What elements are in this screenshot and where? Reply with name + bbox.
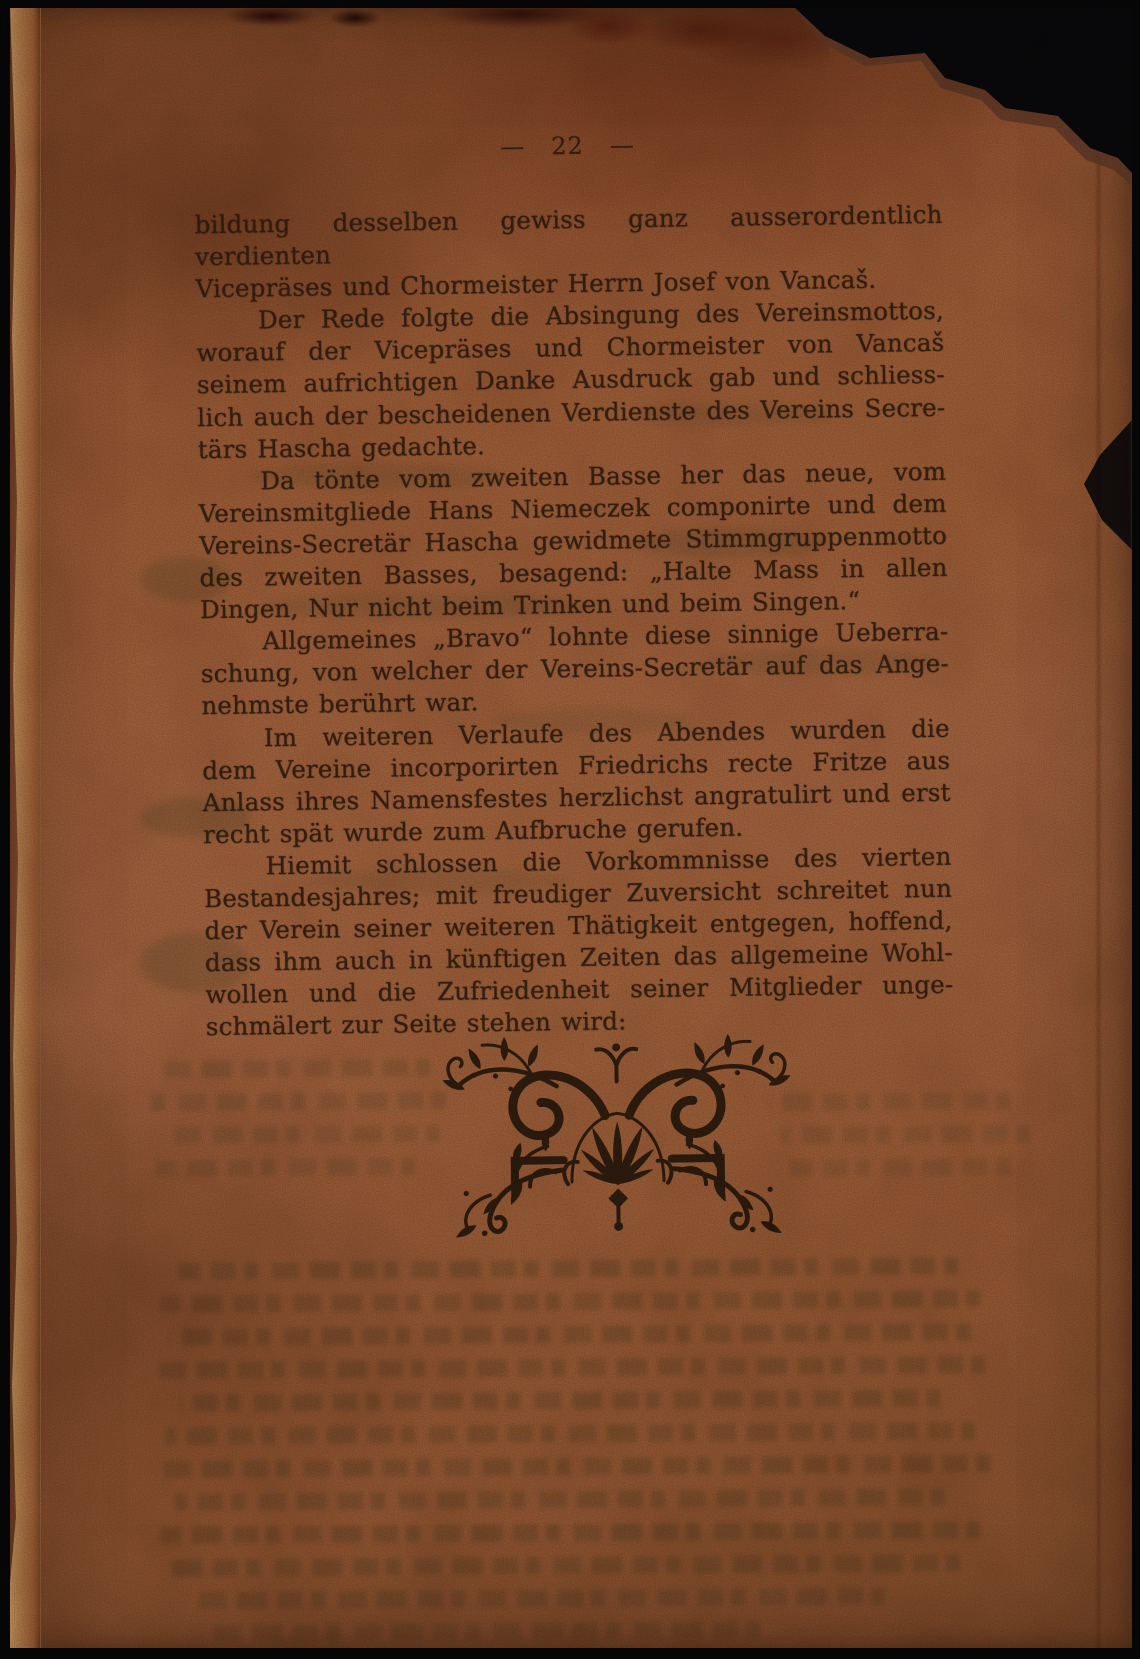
body-text: bildung desselben gewiss ganz ausserorde… — [194, 199, 954, 1044]
floral-ornament — [441, 1029, 794, 1244]
page-number-value: 22 — [551, 132, 584, 160]
page-number: —22— — [193, 127, 941, 165]
paragraph: Da tönte vom zweiten Basse her das neue,… — [198, 455, 948, 626]
scanned-book-page: —22— bildung desselben gewiss ganz ausse… — [0, 0, 1140, 1659]
paragraph: Allgemeines „Bravo“ lohnte diese sinnige… — [200, 616, 949, 723]
header-dash-left: — — [500, 133, 525, 161]
text-line: bildung desselben gewiss ganz ausserorde… — [194, 199, 943, 274]
paragraph: bildung desselben gewiss ganz ausserorde… — [194, 199, 943, 306]
paragraph: Im weiteren Verlaufe des Abendes wurden … — [202, 712, 952, 851]
header-dash-right: — — [610, 131, 635, 159]
paragraph: Hiemit schlossen die Vorkommnisse des vi… — [203, 841, 954, 1044]
printed-content: —22— bildung desselben gewiss ganz ausse… — [2, 0, 1140, 1656]
paragraph: Der Rede folgte die Absingung des Verein… — [196, 295, 946, 466]
page-paper: —22— bildung desselben gewiss ganz ausse… — [10, 8, 1132, 1648]
